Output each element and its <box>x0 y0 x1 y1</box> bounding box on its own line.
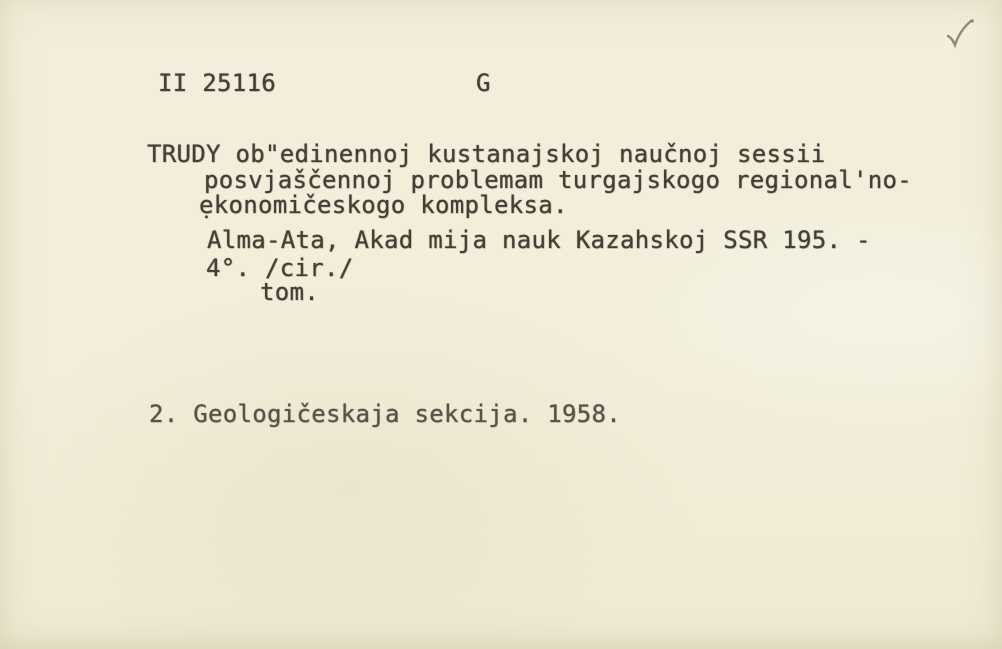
title-line-3: ẹkonomičeskogo kompleksa. <box>199 192 568 218</box>
imprint-line-1: Alma-Ata, Akad mija nauk Kazahskoj SSR 1… <box>207 227 871 253</box>
catalog-card: II 25116 G TRUDY ob"edinennoj kustanajsk… <box>0 0 1002 649</box>
title-line-1: TRUDY ob"edinennoj kustanajskoj naučnoj … <box>147 141 825 167</box>
call-number: II 25116 <box>158 70 276 96</box>
title-line-2: posvjaščennoj problemam turgajskogo regi… <box>204 167 912 193</box>
section-line: 2. Geologičeskaja sekcija. 1958. <box>149 401 621 427</box>
imprint-line-3: tom. <box>260 279 319 305</box>
pencil-check-mark-icon <box>938 14 984 60</box>
shelf-letter: G <box>476 70 491 96</box>
